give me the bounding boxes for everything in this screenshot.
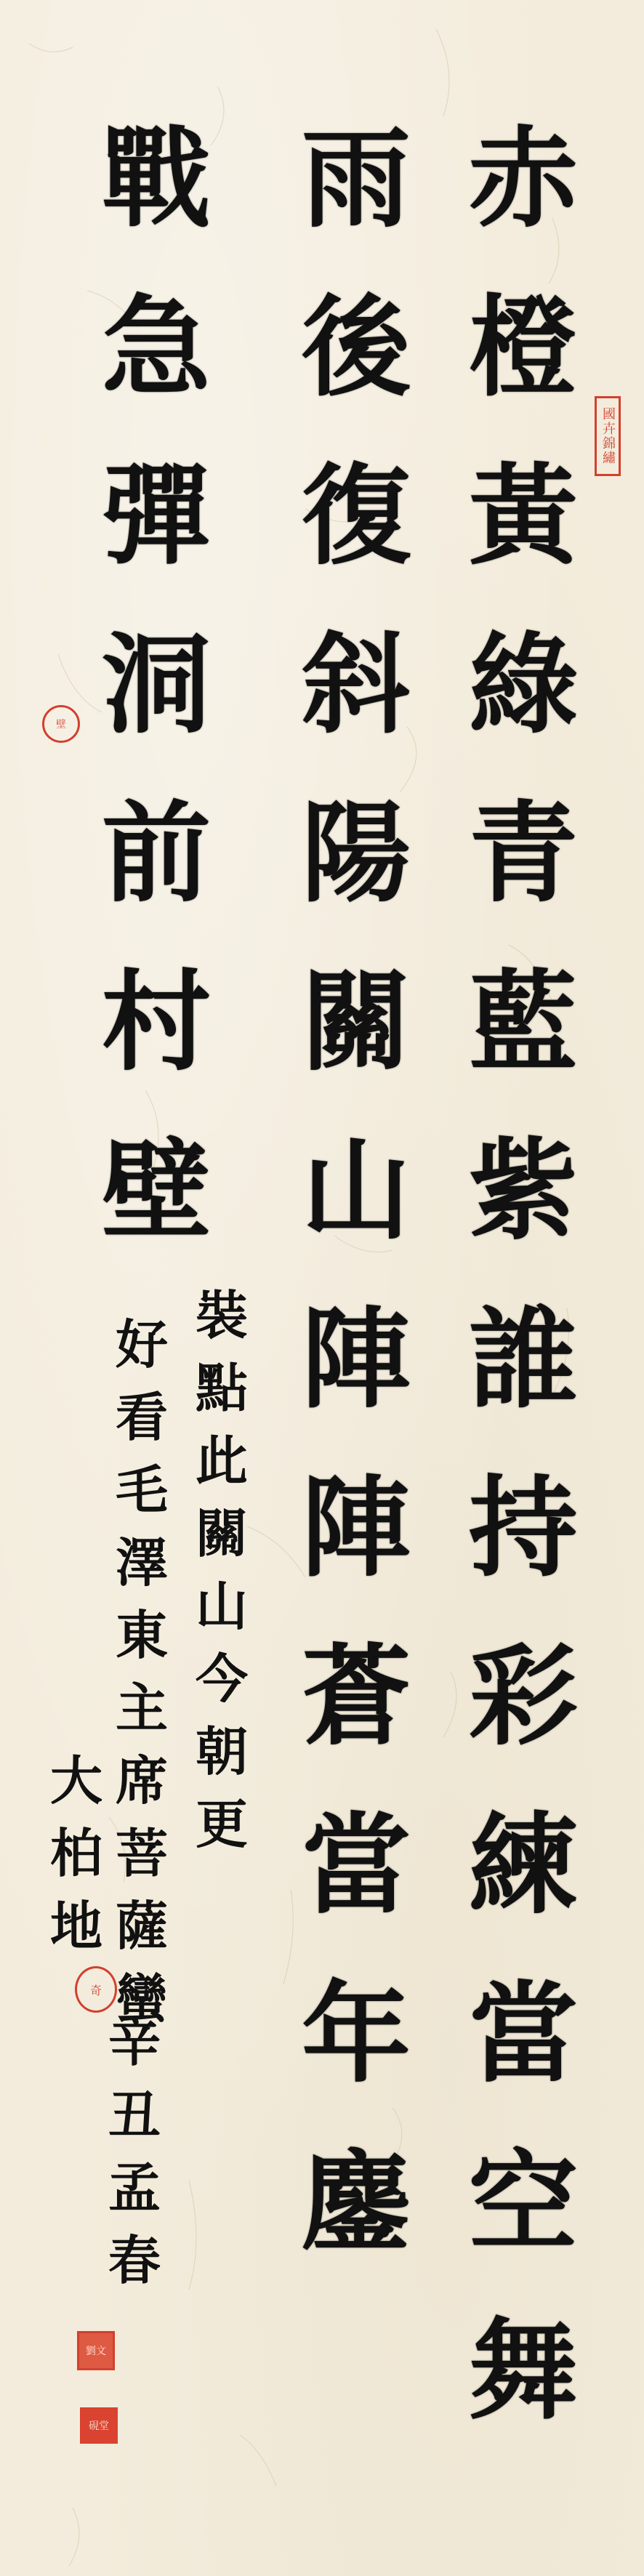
poem-char: 綠 — [469, 600, 578, 769]
inscription-char: 點 — [196, 1352, 248, 1425]
poem-char: 陽 — [302, 769, 411, 938]
inscription-date-signature: 辛 丑 孟 春 — [94, 2006, 174, 2297]
inscription-column-1: 裝 點 此 關 山 今 朝 更 — [182, 1279, 262, 1861]
inscription-column-2: 好 看 毛 澤 東 主 席 菩 薩 蠻 — [102, 1308, 182, 2035]
poem-char: 鏖 — [302, 2118, 411, 2287]
poem-char: 當 — [469, 1949, 578, 2118]
inscription-char: 菩 — [116, 1817, 168, 1890]
inscription-char: 辛 — [108, 2006, 161, 2079]
poem-char: 雨 — [302, 94, 411, 263]
poem-char: 前 — [102, 769, 211, 938]
inscription-column-3: 大 柏 地 — [44, 1744, 109, 1963]
poem-char: 戰 — [102, 94, 211, 263]
poem-char: 後 — [302, 263, 411, 432]
poem-char: 黃 — [469, 432, 578, 600]
poem-char: 村 — [102, 938, 211, 1106]
inscription-char: 今 — [196, 1643, 248, 1715]
poem-char: 赤 — [469, 94, 578, 263]
poem-char: 山 — [302, 1106, 411, 1275]
poem-column-1: 赤 橙 黃 綠 青 藍 紫 誰 持 彩 練 當 空 舞 — [443, 94, 603, 2455]
poem-char: 藍 — [469, 938, 578, 1106]
inscription-char: 山 — [196, 1570, 248, 1643]
inscription-char: 春 — [108, 2224, 161, 2297]
studio-seal: 硯堂 — [80, 2407, 118, 2444]
seal-text: 壁 — [56, 717, 66, 731]
inscription-char: 更 — [196, 1788, 248, 1861]
poem-char: 練 — [469, 1781, 578, 1949]
poem-char: 年 — [302, 1949, 411, 2118]
inscription-char: 好 — [116, 1308, 168, 1381]
poem-char: 洞 — [102, 600, 211, 769]
inscription-char: 大 — [50, 1744, 102, 1817]
inscription-char: 此 — [196, 1425, 248, 1497]
poem-char: 彩 — [469, 1612, 578, 1781]
poem-char: 斜 — [302, 600, 411, 769]
inscription-char: 席 — [116, 1744, 168, 1817]
poem-char: 誰 — [469, 1275, 578, 1444]
poem-char: 空 — [469, 2118, 578, 2287]
poem-char: 當 — [302, 1781, 411, 1949]
poem-column-2: 雨 後 復 斜 陽 關 山 陣 陣 蒼 當 年 鏖 — [276, 94, 436, 2287]
poem-char: 陣 — [302, 1275, 411, 1444]
seal-text: 劉文 — [86, 2343, 106, 2358]
poem-char: 蒼 — [302, 1612, 411, 1781]
leading-seal: 國卉錦繡 — [595, 396, 621, 476]
inscription-char: 主 — [116, 1672, 168, 1744]
inscription-char: 裝 — [196, 1279, 248, 1352]
poem-char: 持 — [469, 1444, 578, 1612]
inscription-char: 關 — [196, 1497, 248, 1570]
seal-text: 硯堂 — [89, 2418, 109, 2433]
inscription-round-seal: 奇 — [75, 1966, 117, 2013]
inscription-char: 東 — [116, 1599, 168, 1672]
poem-char: 陣 — [302, 1444, 411, 1612]
poem-char: 紫 — [469, 1106, 578, 1275]
inscription-char: 毛 — [116, 1454, 168, 1526]
poem-column-3: 戰 急 彈 洞 前 村 壁 — [73, 94, 240, 1275]
seal-text: 奇 — [90, 1981, 102, 1998]
inscription-char: 朝 — [196, 1715, 248, 1788]
poem-char: 橙 — [469, 263, 578, 432]
poem-char: 急 — [102, 263, 211, 432]
poem-char: 復 — [302, 432, 411, 600]
left-round-seal: 壁 — [42, 705, 80, 743]
poem-char: 關 — [302, 938, 411, 1106]
inscription-char: 看 — [116, 1381, 168, 1454]
name-seal: 劉文 — [77, 2331, 115, 2370]
inscription-char: 柏 — [50, 1817, 102, 1890]
poem-char: 青 — [469, 769, 578, 938]
poem-char: 彈 — [102, 432, 211, 600]
inscription-char: 地 — [50, 1890, 102, 1963]
seal-text: 國卉錦繡 — [598, 407, 617, 465]
inscription-char: 澤 — [116, 1526, 168, 1599]
poem-char: 舞 — [469, 2287, 578, 2455]
inscription-char: 孟 — [108, 2152, 161, 2224]
poem-char: 壁 — [102, 1106, 211, 1275]
inscription-char: 薩 — [116, 1890, 168, 1963]
inscription-char: 丑 — [108, 2079, 161, 2152]
